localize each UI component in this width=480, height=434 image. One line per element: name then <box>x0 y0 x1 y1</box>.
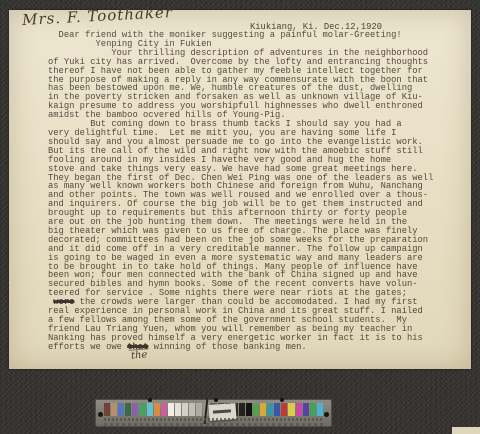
rivet-dot <box>214 398 218 402</box>
color-patch <box>310 403 316 416</box>
color-patch <box>281 403 287 416</box>
color-patch <box>296 403 302 416</box>
rivet-dot <box>280 398 284 402</box>
color-patch <box>175 403 181 416</box>
color-patch <box>132 403 138 416</box>
color-patch <box>274 403 280 416</box>
label-mark <box>213 409 231 413</box>
color-patch <box>168 403 174 416</box>
letter-body: Dear friend with the moniker suggesting … <box>48 31 433 352</box>
bar-end-hole <box>98 412 103 417</box>
color-patch <box>118 403 124 416</box>
color-patch <box>267 403 273 416</box>
bar-end-hole <box>324 412 329 417</box>
handwritten-addressee: Mrs. F. Toothaker <box>22 3 174 29</box>
letter-body-part1: Dear friend with the moniker suggesting … <box>48 30 433 307</box>
adjacent-paper-corner <box>452 427 480 434</box>
color-patch <box>111 403 117 416</box>
color-patch <box>125 403 131 416</box>
color-patch <box>260 403 266 416</box>
color-patch <box>104 403 110 416</box>
letter-paper: Mrs. F. Toothaker Kiukiang, Ki. Dec.12,1… <box>9 10 471 369</box>
rivet-dot <box>148 398 152 402</box>
color-patch <box>189 403 195 416</box>
color-patch <box>154 403 160 416</box>
color-patch <box>161 403 167 416</box>
color-patch <box>196 403 202 416</box>
color-patch <box>239 403 245 416</box>
color-patch <box>139 403 145 416</box>
handwritten-correction: the <box>129 348 150 361</box>
bar-fine-print-row <box>104 423 323 426</box>
color-patch <box>147 403 153 416</box>
color-patch <box>182 403 188 416</box>
color-patch <box>253 403 259 416</box>
color-patch <box>303 403 309 416</box>
bar-fine-print-row <box>104 418 323 421</box>
color-patch <box>317 403 323 416</box>
letter-body-part3: winning of those banking men. <box>148 342 306 352</box>
color-patch <box>246 403 252 416</box>
color-calibration-bar <box>95 399 332 427</box>
color-patch <box>288 403 294 416</box>
scanned-letter-page: { "letter": { "handwritten_name": "Mrs. … <box>0 0 480 434</box>
